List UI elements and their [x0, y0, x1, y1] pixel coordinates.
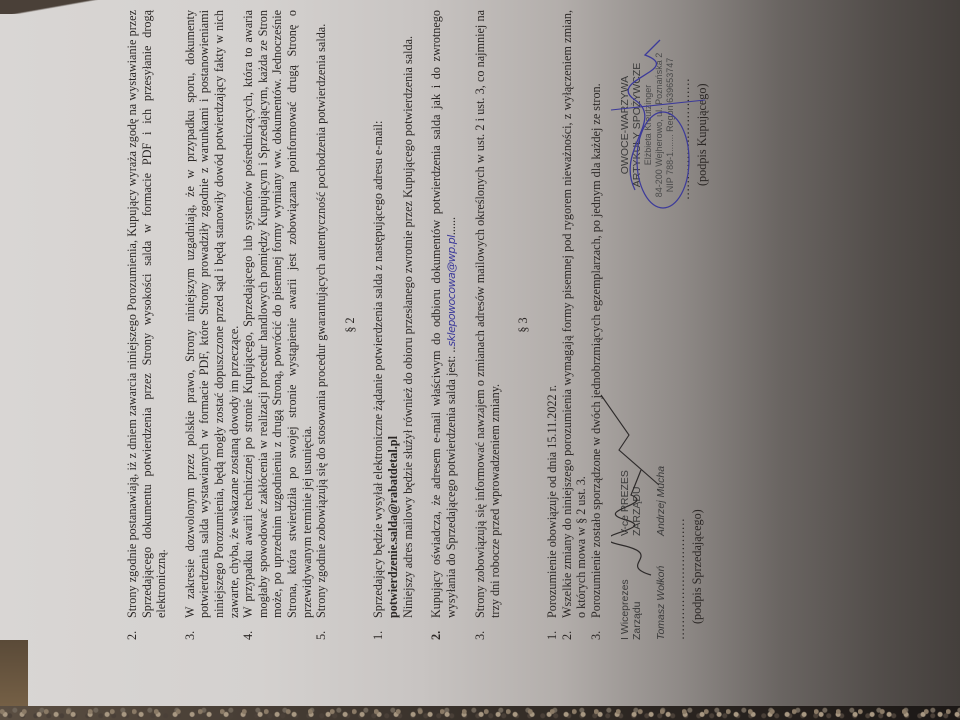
list-item: 4. W przypadku awarii technicznej po str…	[241, 10, 314, 640]
item-text: Strony zobowiązują się informować nawzaj…	[473, 10, 502, 618]
fill-dots: ..	[444, 347, 458, 353]
section-3-heading: § 3	[516, 10, 531, 640]
seller-stamp-title-2: V-ce PREZES ZARZĄDU	[619, 426, 643, 536]
page-content: 2. Strony zgodnie postanawiają, iż z dni…	[125, 10, 769, 640]
buyer-signature-block: OWOCE-WARZYWA ARTYKUŁY SPOŻYWCZE Elżbiet…	[619, 10, 709, 240]
buyer-email-handwritten: sklepowocowa@wp.pl	[445, 235, 458, 346]
item-number: 3.	[589, 618, 604, 640]
item-number: 4.	[241, 618, 314, 640]
buyer-stamp-address: 84-200 Wejherowo, ul. Poznańska 2	[654, 10, 665, 240]
item-number: 1.	[371, 618, 415, 640]
buyer-stamp-line-2: ARTYKUŁY SPOŻYWCZE	[631, 10, 643, 240]
agreement-page: 2. Strony zgodnie postanawiają, iż z dni…	[0, 0, 830, 720]
section1-items: 2. Strony zgodnie postanawiają, iż z dni…	[125, 10, 329, 640]
item-number: 2.	[429, 618, 459, 640]
seller-stamp-title-1: I Wiceprezes Zarządu	[619, 550, 643, 640]
seller-signature-line: …………………………	[673, 400, 688, 640]
seller-caption: (podpis Sprzedającego)	[690, 400, 705, 640]
seller-email: potwierdzenie.salda@rabatdetal.pl	[386, 436, 400, 618]
list-item: 2. Wszelkie zmiany do niniejszego porozu…	[560, 10, 589, 640]
buyer-caption: (podpis Kupującego)	[695, 10, 710, 240]
item-text: Wszelkie zmiany do niniejszego porozumie…	[560, 10, 589, 618]
item-number: 1.	[545, 618, 560, 640]
fill-dots: ......	[444, 217, 458, 235]
seller-signature-block: I Wiceprezes Zarządu Tomasz Wołkoń V-ce …	[619, 400, 704, 640]
list-item: 3. Porozumienie zostało sporządzone w dw…	[589, 10, 604, 640]
list-item: 1. Sprzedający będzie wysyłał elektronic…	[371, 10, 415, 640]
item-number: 5.	[314, 618, 329, 640]
item-text: W przypadku awarii technicznej po stroni…	[241, 10, 314, 618]
item-text-continued: Niniejszy adres mailowy będzie służył ró…	[401, 36, 415, 618]
item-number: 2.	[125, 618, 169, 640]
buyer-stamp-owner: Elżbieta Kreutzinger	[643, 10, 654, 240]
item-text: Strony zgodnie zobowiązują się do stosow…	[314, 10, 329, 618]
list-item: 2. Kupujący oświadcza, że adresem e-mail…	[429, 10, 459, 640]
list-item: 1. Porozumienie obowiązuje od dnia 15.11…	[545, 10, 560, 640]
item-number: 2.	[560, 618, 589, 640]
seller-stamp-name-2: Andrzej Mucha	[655, 426, 667, 536]
item-number: 3.	[473, 618, 502, 640]
list-item: 3. W zakresie dozwolonym przez polskie p…	[183, 10, 241, 640]
list-item: 2. Strony zgodnie postanawiają, iż z dni…	[125, 10, 169, 640]
item-text: Porozumienie zostało sporządzone w dwóch…	[589, 10, 604, 618]
seller-stamp-name-1: Tomasz Wołkoń	[655, 550, 667, 640]
buyer-stamp-ids: NIP 788-1....... Regon 639653747	[665, 10, 676, 240]
signatures: I Wiceprezes Zarządu Tomasz Wołkoń V-ce …	[619, 10, 769, 640]
section-2-heading: § 2	[343, 10, 358, 640]
item-text: Porozumienie obowiązuje od dnia 15.11.20…	[545, 10, 560, 618]
list-item: 3. Strony zobowiązują się informować naw…	[473, 10, 502, 640]
list-item: 5. Strony zgodnie zobowiązują się do sto…	[314, 10, 329, 640]
item-number: 3.	[183, 618, 241, 640]
item-text: W zakresie dozwolonym przez polskie praw…	[183, 10, 241, 618]
item-text: Strony zgodnie postanawiają, iż z dniem …	[125, 10, 169, 618]
buyer-signature-line: …………………………	[678, 10, 693, 240]
item-text: Sprzedający będzie wysyłał elektroniczne…	[371, 121, 385, 618]
buyer-stamp-line-1: OWOCE-WARZYWA	[619, 10, 631, 240]
